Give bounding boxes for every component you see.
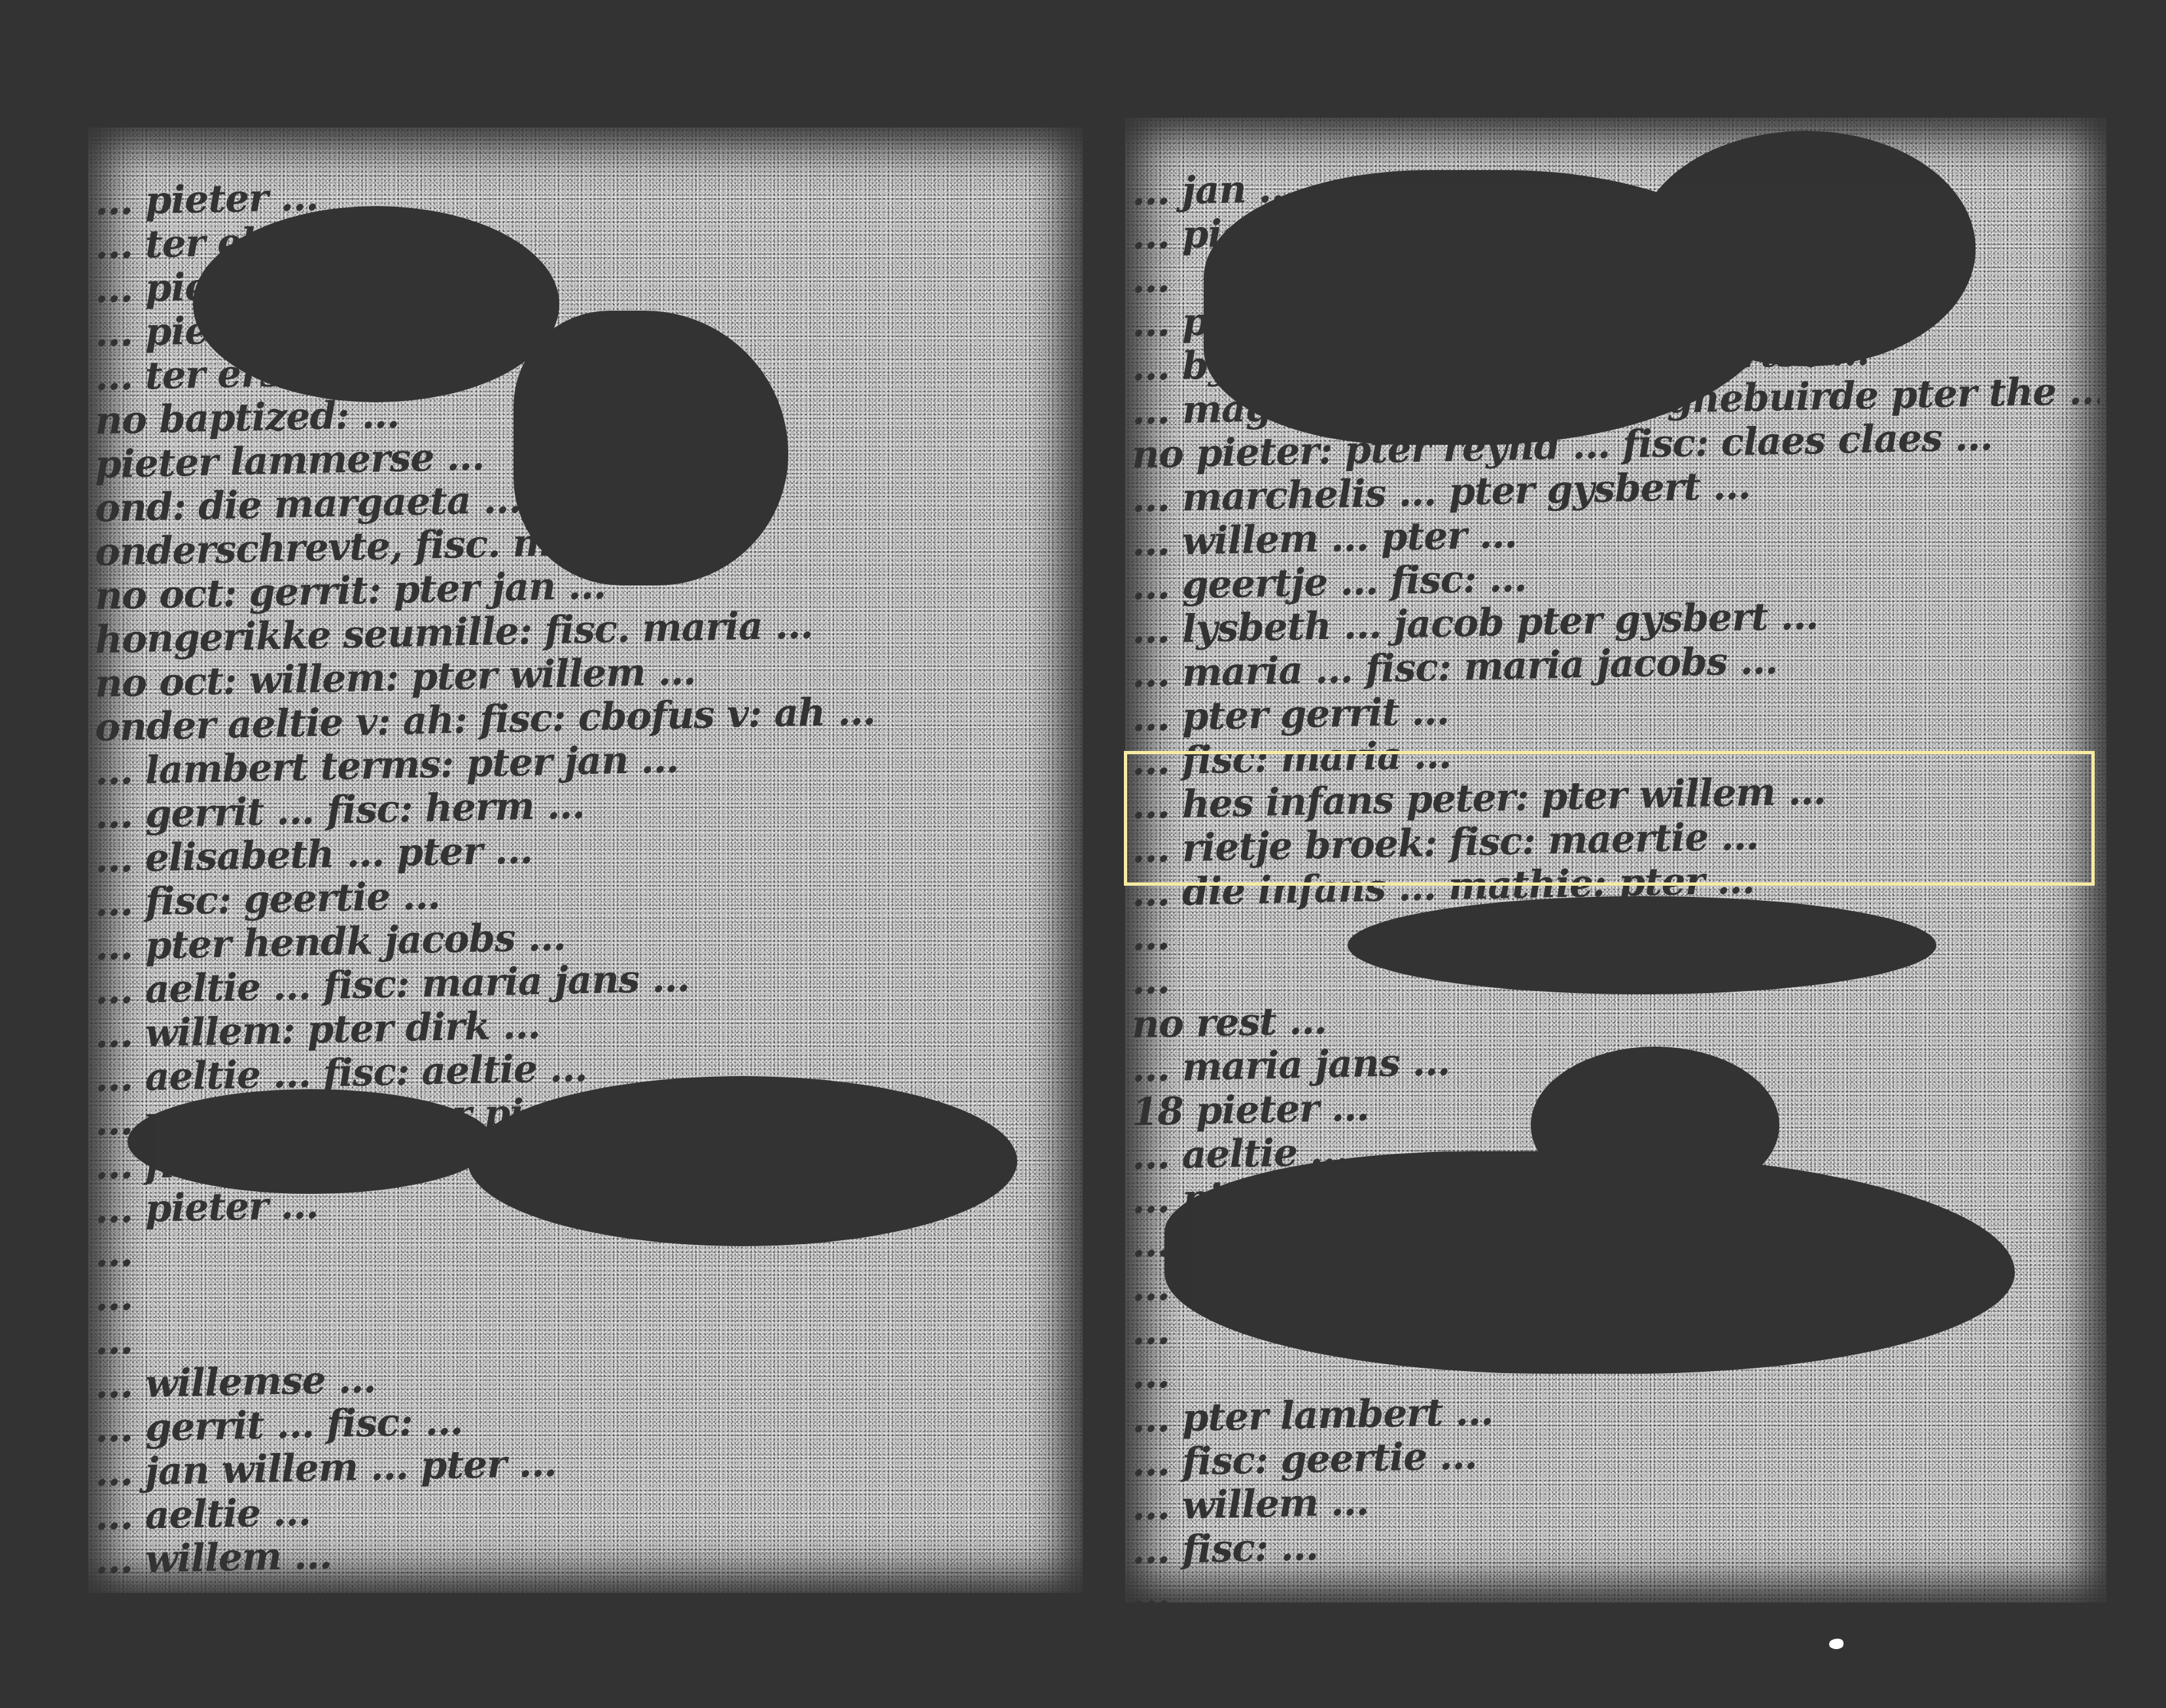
ink-blot: [1348, 896, 1936, 994]
dust-speck: [1829, 1639, 1843, 1649]
left-page: ... pieter ... ... ter elste ... ... pie…: [88, 128, 1083, 1593]
ink-blot: [468, 1076, 1017, 1246]
ink-blot: [1635, 131, 1976, 366]
highlight-box[interactable]: [1124, 751, 2095, 886]
ink-blot: [1531, 1047, 1779, 1204]
ink-blot: [128, 1089, 494, 1194]
ink-blot: [193, 206, 559, 402]
binding-gutter: [1087, 118, 1121, 1603]
